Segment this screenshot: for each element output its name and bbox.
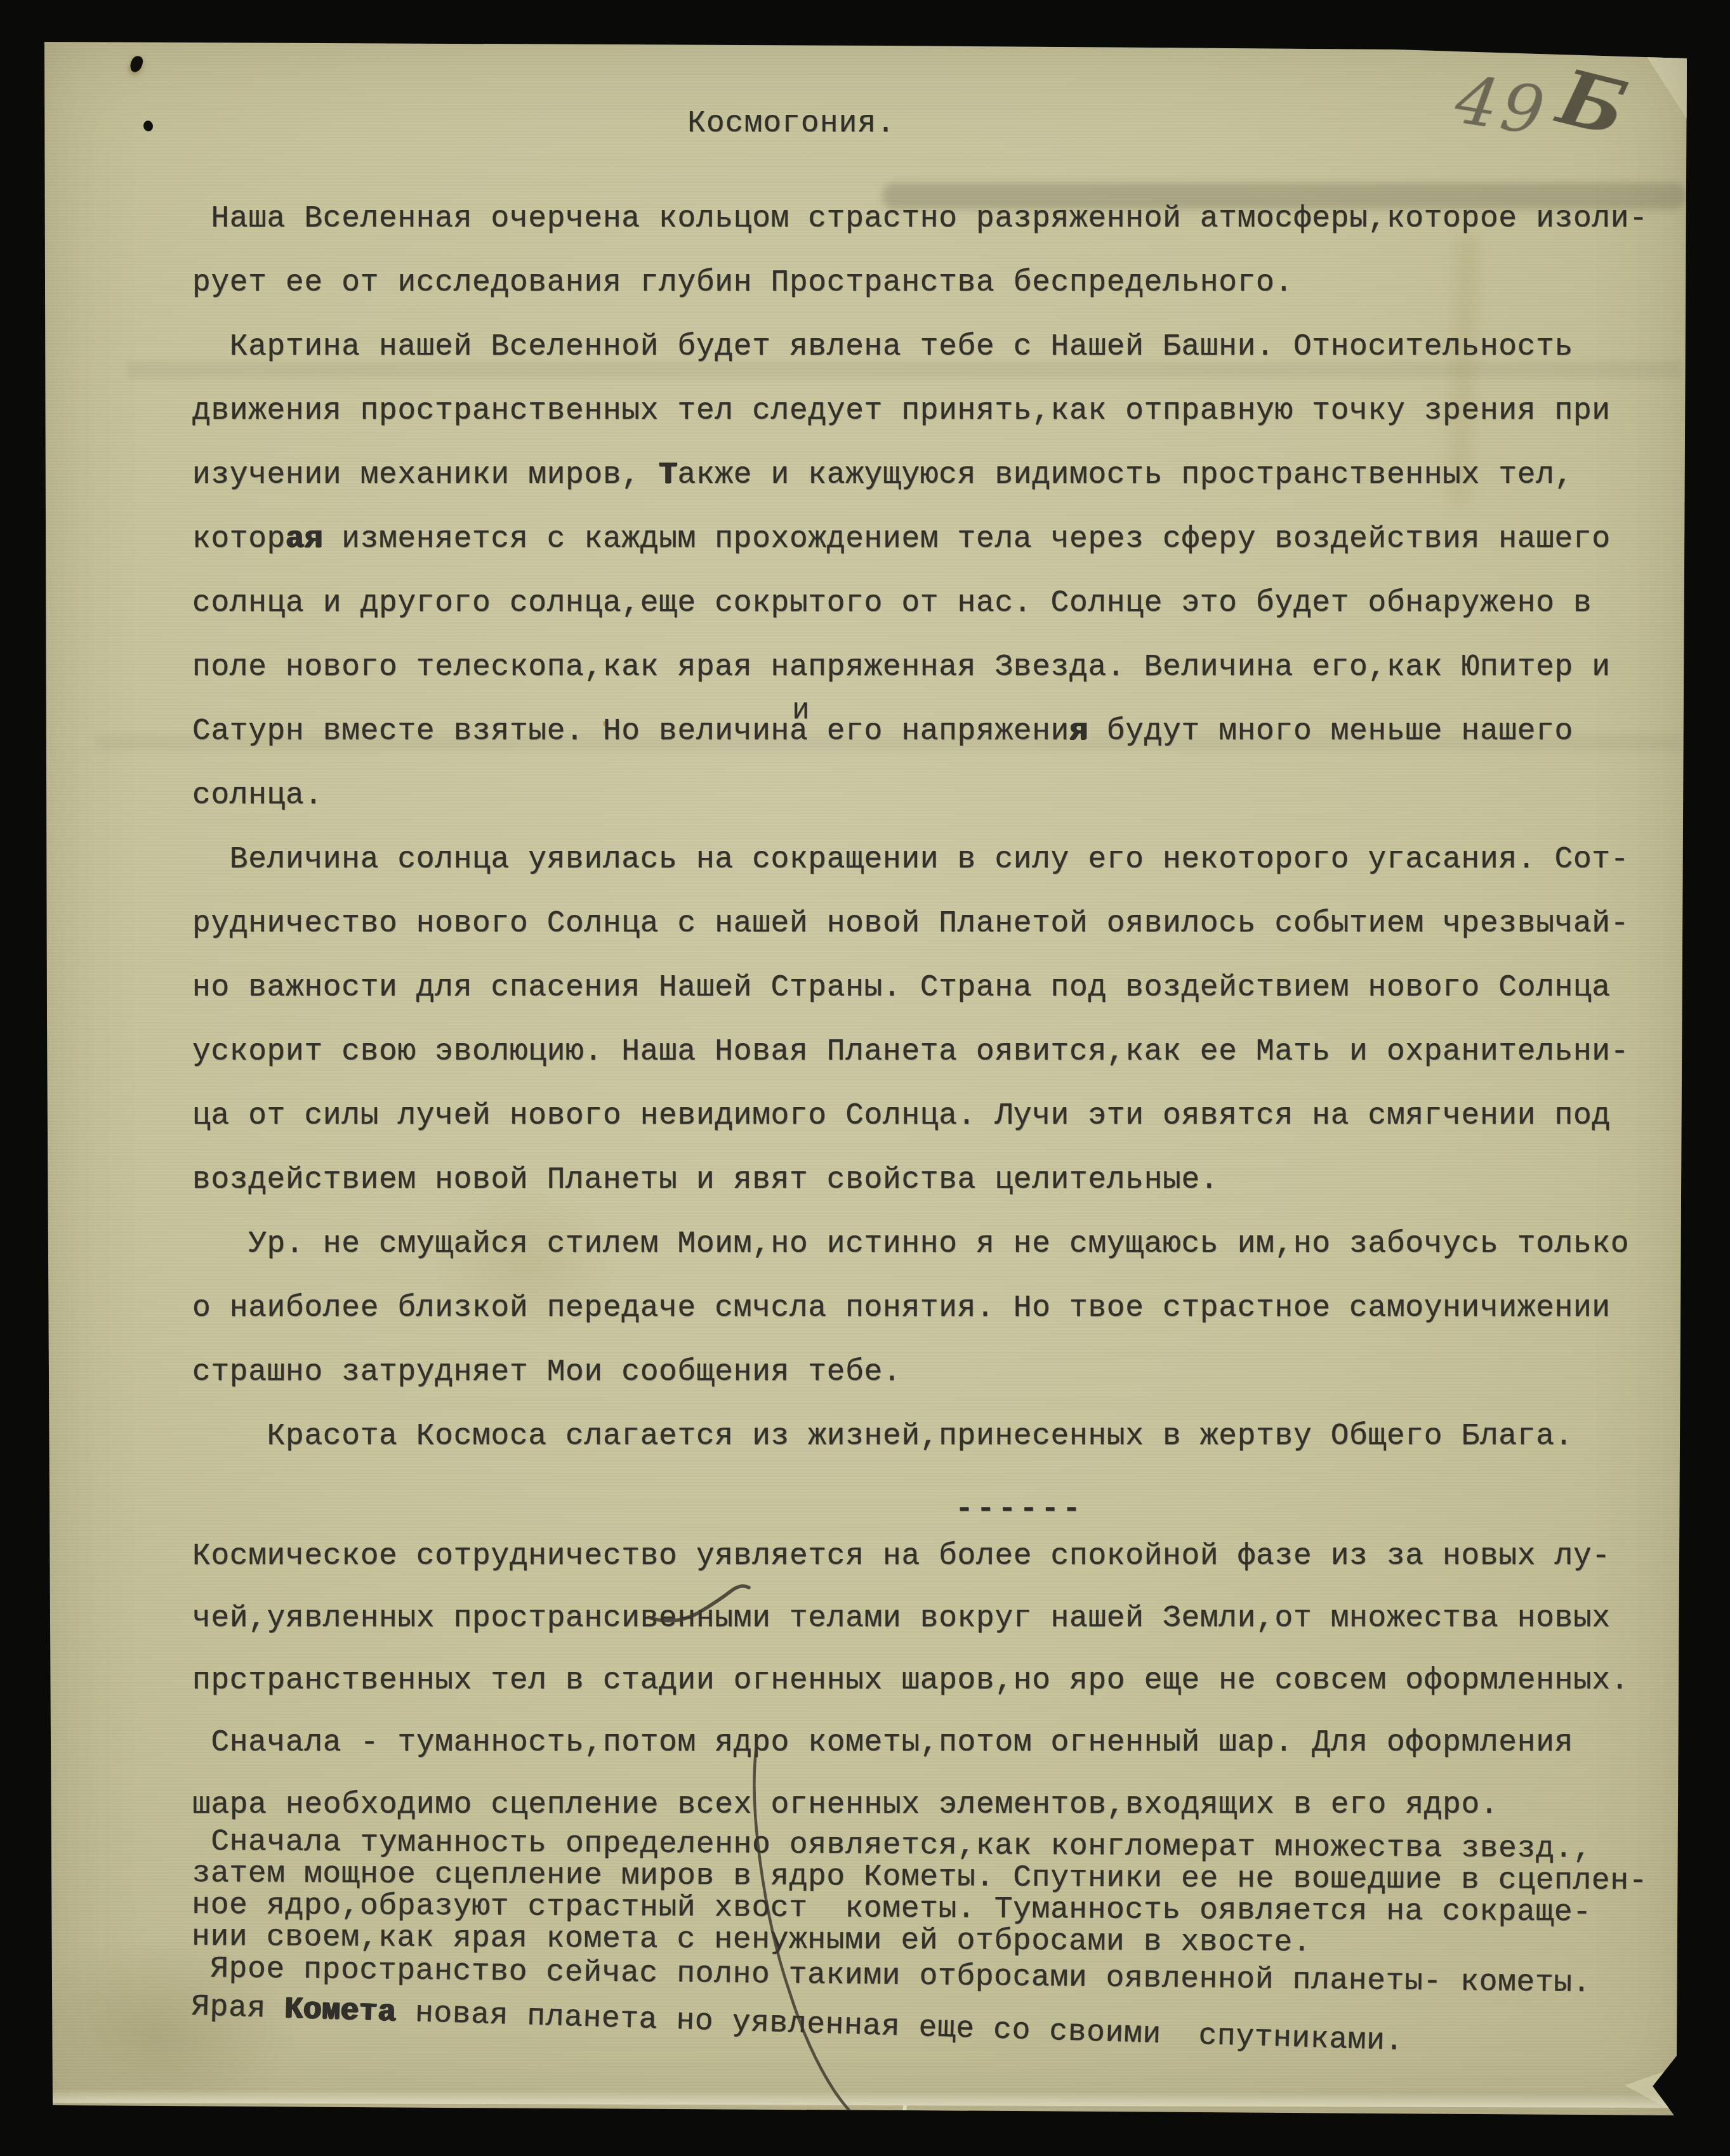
typed-line: рует ее от исследования глубин Пространс… xyxy=(192,251,1696,315)
typed-line: о наиболее близкой передаче смчсла понят… xyxy=(192,1276,1696,1340)
typed-line: рудничество нового Солнца с нашей новой … xyxy=(192,891,1696,956)
document-title: Космогония. xyxy=(687,107,895,141)
typed-line: Наша Вселенная очерчена кольцом страстно… xyxy=(192,187,1696,251)
typed-line: изучении механики миров, Также и кажущую… xyxy=(192,443,1696,507)
typed-line: солнца и другого солнца,еще сокрытого от… xyxy=(192,571,1696,635)
typed-line: ускорит свою эволюцию. Наша Новая Планет… xyxy=(192,1020,1696,1084)
text-block-comet-tail: Сначала туманность определенно оявляется… xyxy=(191,1826,1696,2024)
overstruck-text: Комета xyxy=(284,1992,397,2030)
section-separator: ------ xyxy=(955,1492,1084,1527)
overstruck-text: Т xyxy=(659,458,677,492)
paper-hole xyxy=(128,55,144,74)
typed-line: солнца. xyxy=(192,763,1696,827)
typed-line: Ярое пространство сейчас полно такими от… xyxy=(192,1953,1696,2001)
typed-line: но важности для спасения Нашей Страны. С… xyxy=(192,956,1696,1020)
handwritten-page-number: 49 xyxy=(1450,60,1553,151)
pencil-mark: Б xyxy=(1550,52,1635,155)
typed-line: чей,уявленных пространсивенными телами в… xyxy=(192,1587,1696,1650)
torn-corner xyxy=(1635,38,1692,127)
interlinear-insertion: и xyxy=(792,694,810,727)
edge-mark xyxy=(902,2105,908,2119)
typed-line: Сначала - туманность,потом ядро кометы,п… xyxy=(192,1712,1696,1774)
typed-line: поле нового телескопа,как ярая напряженн… xyxy=(192,635,1696,699)
typed-line: прстранственных тел в стадии огненных ша… xyxy=(192,1650,1696,1712)
typed-line: Ярая Комета новая планета но уявленная е… xyxy=(191,1991,1695,2066)
scanned-document: Космогония. 49 Б Наша Вселенная очерчена… xyxy=(0,0,1730,2156)
typed-line: движения пространственных тел следует пр… xyxy=(192,379,1696,443)
typed-line: Картина нашей Вселенной будет явлена теб… xyxy=(192,315,1696,379)
overstruck-text: я xyxy=(1069,714,1088,749)
typed-line: Космическое сотрудничество уявляется на … xyxy=(192,1525,1696,1587)
paper-sheet: Космогония. 49 Б Наша Вселенная очерчена… xyxy=(0,0,1730,2156)
paper-hole xyxy=(143,120,154,132)
typed-line: воздействием новой Планеты и явят свойст… xyxy=(192,1148,1696,1212)
typed-line: страшно затрудняет Мои сообщения тебе. xyxy=(192,1340,1696,1404)
paper-edge-highlight xyxy=(51,2089,1675,2108)
typed-line: Красота Космоса слагается из жизней,прин… xyxy=(192,1404,1696,1468)
text-block-cosmic-cooperation: Космическое сотрудничество уявляется на … xyxy=(192,1525,1696,1836)
overstruck-text: ая xyxy=(286,522,323,556)
typed-line: которая изменяется с каждым прохождением… xyxy=(192,507,1696,571)
typed-line: Ур. не смущайся стилем Моим,но истинно я… xyxy=(192,1212,1696,1276)
typed-line: Сатурн вместе взятые. Но величина его на… xyxy=(192,699,1696,763)
typed-line: ца от силы лучей нового невидимого Солнц… xyxy=(192,1084,1696,1148)
typed-line: Величина солнца уявилась на сокращении в… xyxy=(192,827,1696,891)
text-block-main: Наша Вселенная очерчена кольцом страстно… xyxy=(192,187,1696,1468)
